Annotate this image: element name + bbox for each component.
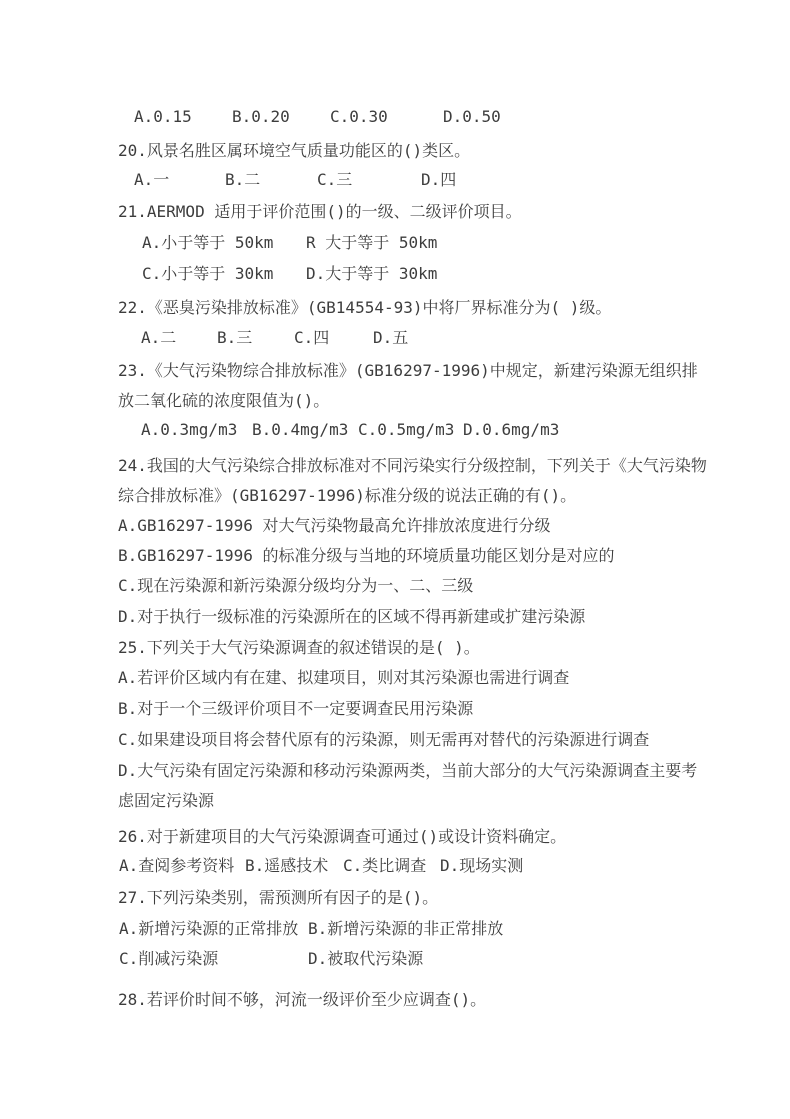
question-23-option-a: A.0.3mg/m3 [141, 420, 237, 439]
question-22-options-row: A.二 B.三 C.四 D.五 [0, 325, 790, 347]
question-24-option-c: C.现在污染源和新污染源分级均分为一、二、三级 [118, 571, 712, 601]
question-26-option-d: D.现场实测 [440, 853, 523, 876]
question-27-option-a: A.新增污染源的正常排放 [119, 916, 298, 939]
question-21-option-a: A.小于等于 50km [142, 230, 273, 253]
question-20-options-row: A.一 B.二 C.三 D.四 [0, 167, 790, 189]
question-25-option-c: C.如果建设项目将会替代原有的污染源，则无需再对替代的污染源进行调查 [118, 725, 712, 755]
question-19-option-d: D.0.50 [443, 107, 501, 126]
question-26-text: 26.对于新建项目的大气污染源调查可通过()或设计资料确定。 [118, 822, 712, 852]
question-19-option-a: A.0.15 [134, 107, 192, 126]
question-21-text: 21.AERMOD 适用于评价范围()的一级、二级评价项目。 [118, 197, 712, 227]
question-24-text: 24.我国的大气污染综合排放标准对不同污染实行分级控制，下列关于《大气污染物综合… [118, 451, 712, 511]
question-22-option-d: D.五 [373, 325, 408, 348]
question-21-option-d: D.大于等于 30km [306, 261, 437, 284]
question-20-option-c: C.三 [317, 167, 352, 190]
question-21-options-row-2: C.小于等于 30km D.大于等于 30km [0, 261, 790, 283]
question-26-option-c: C.类比调查 [343, 853, 426, 876]
question-27-option-b: B.新增污染源的非正常排放 [308, 916, 503, 939]
question-23-text: 23.《大气污染物综合排放标准》(GB16297-1996)中规定，新建污染源无… [118, 356, 712, 416]
question-22-option-c: C.四 [294, 325, 329, 348]
question-22-option-a: A.二 [141, 325, 176, 348]
question-20-option-b: B.二 [225, 167, 260, 190]
question-26-option-b: B.遥感技术 [245, 853, 328, 876]
question-19-options-row: A.0.15 B.0.20 C.0.30 D.0.50 [0, 107, 790, 129]
exam-document-page: A.0.15 B.0.20 C.0.30 D.0.50 20.风景名胜区属环境空… [0, 0, 790, 1119]
question-24-option-d: D.对于执行一级标准的污染源所在的区域不得再新建或扩建污染源 [118, 602, 712, 632]
question-25-option-a: A.若评价区域内有在建、拟建项目，则对其污染源也需进行调查 [118, 663, 712, 693]
question-23-options-row: A.0.3mg/m3 B.0.4mg/m3 C.0.5mg/m3 D.0.6mg… [0, 420, 790, 442]
question-25-text: 25.下列关于大气污染源调查的叙述错误的是( )。 [118, 633, 712, 663]
question-20-option-d: D.四 [421, 167, 456, 190]
question-25-option-b: B.对于一个三级评价项目不一定要调查民用污染源 [118, 694, 712, 724]
question-27-options-row-1: A.新增污染源的正常排放 B.新增污染源的非正常排放 [0, 916, 790, 938]
question-28-text: 28.若评价时间不够，河流一级评价至少应调查()。 [118, 985, 712, 1015]
question-27-text: 27.下列污染类别，需预测所有因子的是()。 [118, 883, 712, 913]
question-27-options-row-2: C.削减污染源 D.被取代污染源 [0, 946, 790, 968]
question-21-option-c: C.小于等于 30km [142, 261, 273, 284]
question-25-option-d: D.大气污染有固定污染源和移动污染源两类，当前大部分的大气污染源调查主要考虑固定… [118, 756, 712, 816]
question-21-option-b: R 大于等于 50km [306, 230, 437, 253]
question-22-option-b: B.三 [217, 325, 252, 348]
question-22-text: 22.《恶臭污染排放标准》(GB14554-93)中将厂界标准分为( )级。 [118, 293, 712, 323]
question-24-option-b: B.GB16297-1996 的标准分级与当地的环境质量功能区划分是对应的 [118, 541, 712, 571]
question-21-options-row-1: A.小于等于 50km R 大于等于 50km [0, 230, 790, 252]
question-20-option-a: A.一 [134, 167, 169, 190]
question-23-option-c: C.0.5mg/m3 [358, 420, 454, 439]
question-27-option-c: C.削减污染源 [119, 946, 218, 969]
question-26-option-a: A.查阅参考资料 [119, 853, 234, 876]
question-26-options-row: A.查阅参考资料 B.遥感技术 C.类比调查 D.现场实测 [0, 853, 790, 875]
question-19-option-c: C.0.30 [330, 107, 388, 126]
question-20-text: 20.风景名胜区属环境空气质量功能区的()类区。 [118, 136, 712, 166]
question-23-option-b: B.0.4mg/m3 [252, 420, 348, 439]
question-23-option-d: D.0.6mg/m3 [463, 420, 559, 439]
question-27-option-d: D.被取代污染源 [308, 946, 423, 969]
question-24-option-a: A.GB16297-1996 对大气污染物最高允许排放浓度进行分级 [118, 511, 712, 541]
question-19-option-b: B.0.20 [232, 107, 290, 126]
